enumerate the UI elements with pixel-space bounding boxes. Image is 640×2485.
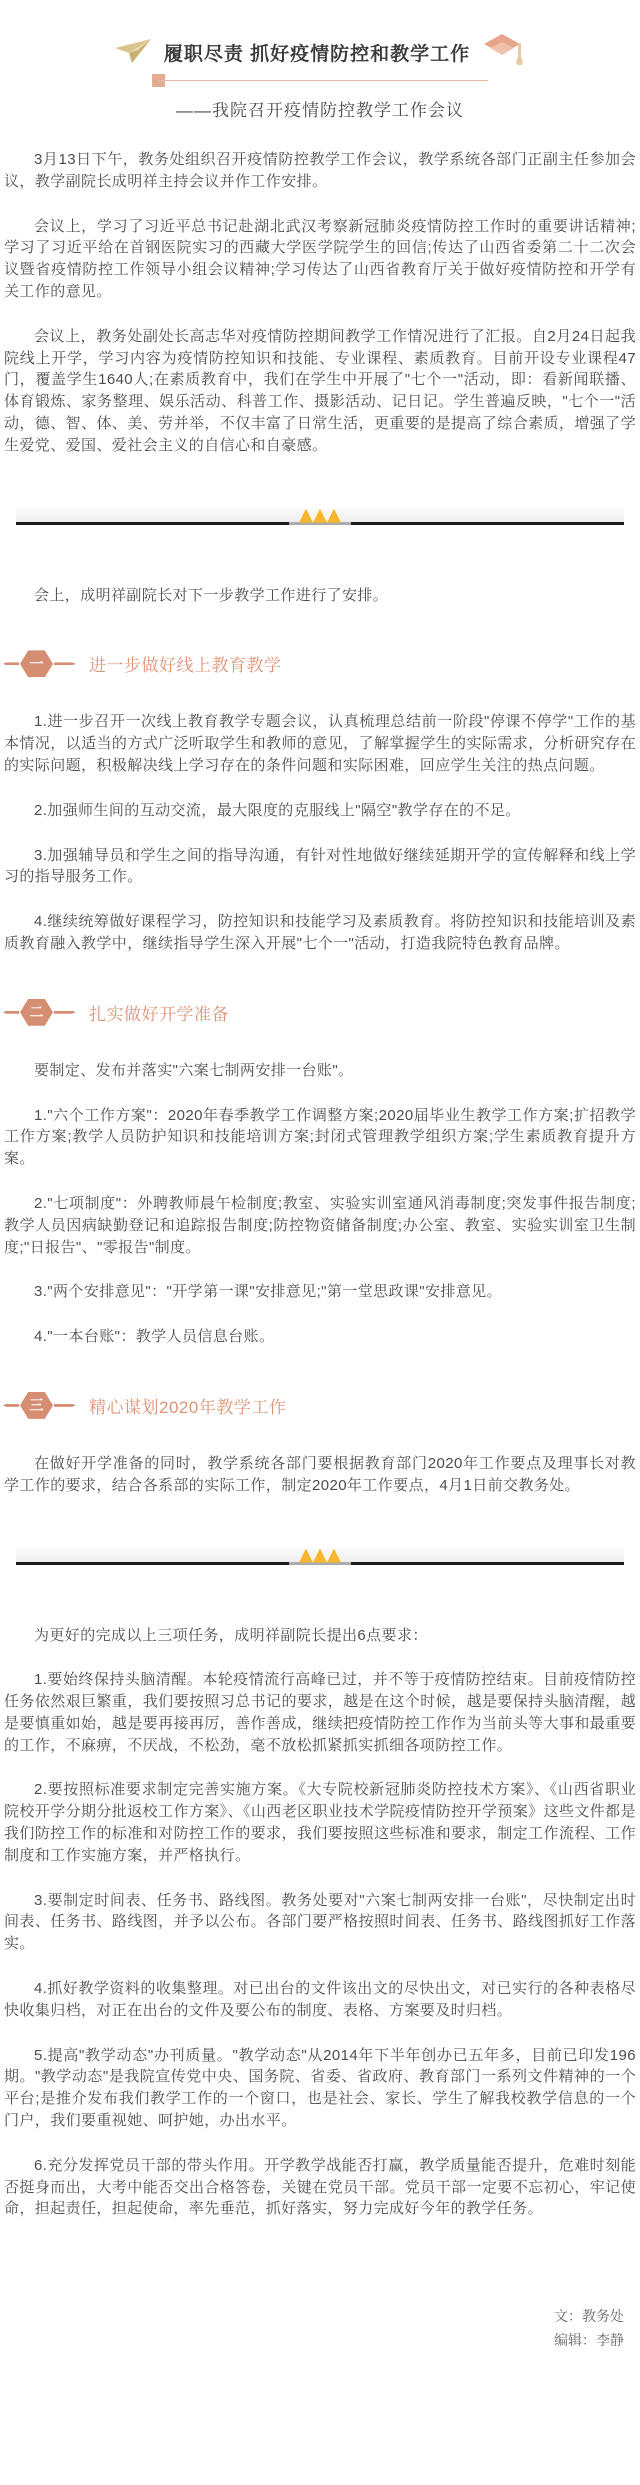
section-header-3: 三 精心谋划2020年教学工作 [3, 1392, 640, 1419]
paragraph: 4."一本台账"：教学人员信息台账。 [4, 1326, 636, 1348]
article-page: 履职尽责 抓好疫情防控和教学工作 ——我院召开疫情防控教学工作会议 3月13日下… [0, 0, 640, 2422]
paragraph: 2."七项制度"：外聘教师晨午检制度;教室、实验实训室通风消毒制度;突发事件报告… [4, 1193, 636, 1258]
paragraph: 4.抓好教学资料的收集整理。对已出台的文件该出文的尽快出文，对已实行的各种表格尽… [4, 1978, 636, 2022]
paragraph: 3."两个安排意见"："开学第一课"安排意见;"第一堂思政课"安排意见。 [4, 1281, 636, 1303]
badge-tail-left-icon [3, 1404, 19, 1407]
paragraph: 3月13日下午，教务处组织召开疫情防控教学工作会议，教学系统各部门正副主任参加会… [4, 149, 636, 193]
section-divider [16, 501, 624, 525]
paragraph: 2.加强师生间的互动交流，最大限度的克服线上"隔空"教学存在的不足。 [4, 800, 636, 822]
author-credit: 文：教务处 [0, 2304, 624, 2328]
paragraph: 要制定、发布并落实"六案七制两安排一台账"。 [4, 1060, 636, 1082]
badge-tail-right-icon [54, 1011, 76, 1014]
paragraph: 1.进一步召开一次线上教育教学专题会议，认真梳理总结前一阶段"停课不停学"工作的… [4, 711, 636, 776]
section-header-1: 一 进一步做好线上教育教学 [3, 650, 640, 677]
hexagon-number-icon: 三 [20, 1392, 53, 1419]
section-title: 进一步做好线上教育教学 [89, 651, 282, 676]
section-title: 扎实做好开学准备 [89, 1000, 229, 1025]
title-row: 履职尽责 抓好疫情防控和教学工作 [0, 34, 640, 70]
triangle-crown-icon [299, 1549, 341, 1563]
paragraph: 1."六个工作方案"：2020年春季教学工作调整方案;2020届毕业生教学工作方… [4, 1105, 636, 1170]
badge-tail-right-icon [54, 662, 76, 665]
paragraph: 4.继续统筹做好课程学习，防控知识和技能学习及素质教育。将防控知识和技能培训及素… [4, 911, 636, 955]
paragraph: 1.要始终保持头脑清醒。本轮疫情流行高峰已过，并不等于疫情防控结束。目前疫情防控… [4, 1669, 636, 1756]
article-header: 履职尽责 抓好疫情防控和教学工作 ——我院召开疫情防控教学工作会议 [0, 34, 640, 121]
title-divider [152, 74, 488, 87]
paragraph: 会议上，学习了习近平总书记赴湖北武汉考察新冠肺炎疫情防控工作时的重要讲话精神;学… [4, 216, 636, 303]
section-number: 三 [30, 1395, 44, 1415]
badge-tail-left-icon [3, 1011, 19, 1014]
section-title: 精心谋划2020年教学工作 [89, 1393, 286, 1418]
section-divider [16, 1541, 624, 1565]
badge-tail-left-icon [3, 662, 19, 665]
article-subtitle: ——我院召开疫情防控教学工作会议 [0, 96, 640, 121]
paragraph: 6.充分发挥党员干部的带头作用。开学教学战能否打赢，教学质量能否提升，危难时刻能… [4, 2155, 636, 2220]
article-body: 3月13日下午，教务处组织召开疫情防控教学工作会议，教学系统各部门正副主任参加会… [0, 149, 640, 2352]
paragraph: 为更好的完成以上三项任务，成明祥副院长提出6点要求： [4, 1625, 636, 1647]
paragraph: 3.加强辅导员和学生之间的指导沟通，有针对性地做好继续延期开学的宣传解释和线上学… [4, 845, 636, 889]
paragraph: 会议上，教务处副处长高志华对疫情防控期间教学工作情况进行了汇报。自2月24日起我… [4, 326, 636, 457]
section-header-2: 二 扎实做好开学准备 [3, 999, 640, 1026]
editor-credit: 编辑：李静 [0, 2328, 624, 2352]
paper-plane-icon [114, 38, 152, 66]
page-title: 履职尽责 抓好疫情防控和教学工作 [164, 39, 470, 66]
article-credits: 文：教务处 编辑：李静 [0, 2304, 624, 2352]
section-number: 二 [30, 1002, 44, 1022]
paragraph: 2.要按照标准要求制定完善实施方案。《大专院校新冠肺炎防控技术方案》、《山西省职… [4, 1779, 636, 1866]
paragraph: 在做好开学准备的同时，教学系统各部门要根据教育部门2020年工作要点及理事长对教… [4, 1453, 636, 1497]
graduation-cap-icon [482, 34, 526, 70]
section-number: 一 [30, 654, 44, 674]
hexagon-number-icon: 二 [20, 999, 53, 1026]
badge-tail-right-icon [54, 1404, 76, 1407]
paragraph: 5.提高"教学动态"办刊质量。"教学动态"从2014年下半年创办已五年多，目前已… [4, 2045, 636, 2132]
triangle-crown-icon [299, 509, 341, 523]
divider-line [158, 80, 488, 81]
paragraph: 3.要制定时间表、任务书、路线图。教务处要对"六案七制两安排一台账"，尽快制定出… [4, 1890, 636, 1955]
hexagon-number-icon: 一 [20, 650, 53, 677]
paragraph: 会上，成明祥副院长对下一步教学工作进行了安排。 [4, 585, 636, 607]
